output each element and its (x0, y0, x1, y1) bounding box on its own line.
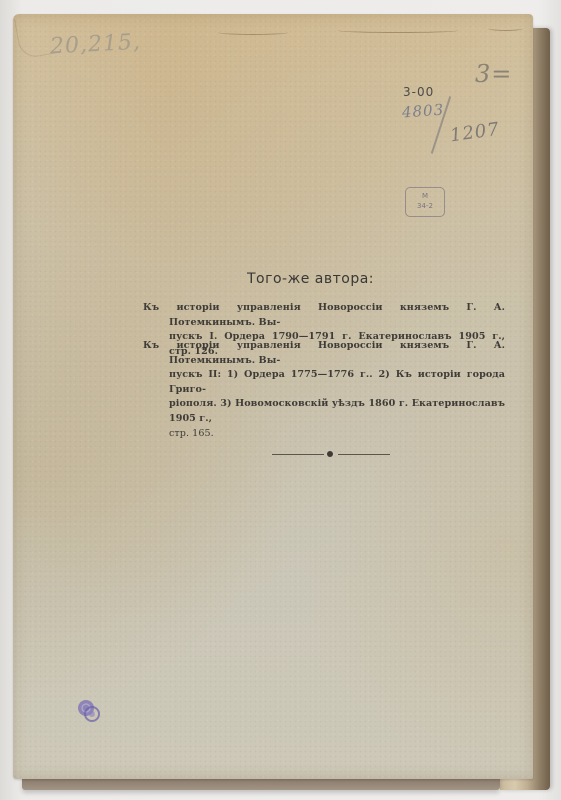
stamp-line-1: М (406, 191, 444, 201)
entry-line: стр. 165. (143, 427, 505, 442)
photo-scene: 20,215, 3= 3-00 4803 1207 М 34-2 Того-же… (0, 0, 561, 800)
page-content: 20,215, 3= 3-00 4803 1207 М 34-2 Того-же… (0, 0, 561, 800)
bibliography-entry: Къ исторіи управленія Новороссіи княземъ… (143, 339, 505, 441)
entry-line: Къ исторіи управленія Новороссіи княземъ… (143, 301, 505, 330)
inventory-number-2: 1207 (449, 119, 501, 147)
entry-line: ріополя. 3) Новомосковскій уѣздъ 1860 г.… (143, 397, 505, 426)
entry-line: пускъ II: 1) Ордера 1775—1776 г.. 2) Къ … (143, 368, 505, 397)
handwritten-number: 3= (475, 60, 512, 88)
divider-dot-icon (327, 451, 333, 457)
price-mark: 3-00 (403, 85, 434, 99)
divider-ornament (272, 453, 390, 456)
inventory-number: 4803 (401, 101, 444, 122)
purple-stamp-icon (75, 697, 103, 723)
section-heading: Того-же автора: (0, 271, 561, 287)
stamp-line-2: 34-2 (406, 201, 444, 211)
divider-line-right (338, 454, 390, 455)
library-stamp-box: М 34-2 (405, 187, 445, 217)
divider-line-left (272, 454, 324, 455)
handwritten-shelf-mark: 20,215, (49, 30, 141, 60)
entry-line: Къ исторіи управленія Новороссіи княземъ… (143, 339, 505, 368)
